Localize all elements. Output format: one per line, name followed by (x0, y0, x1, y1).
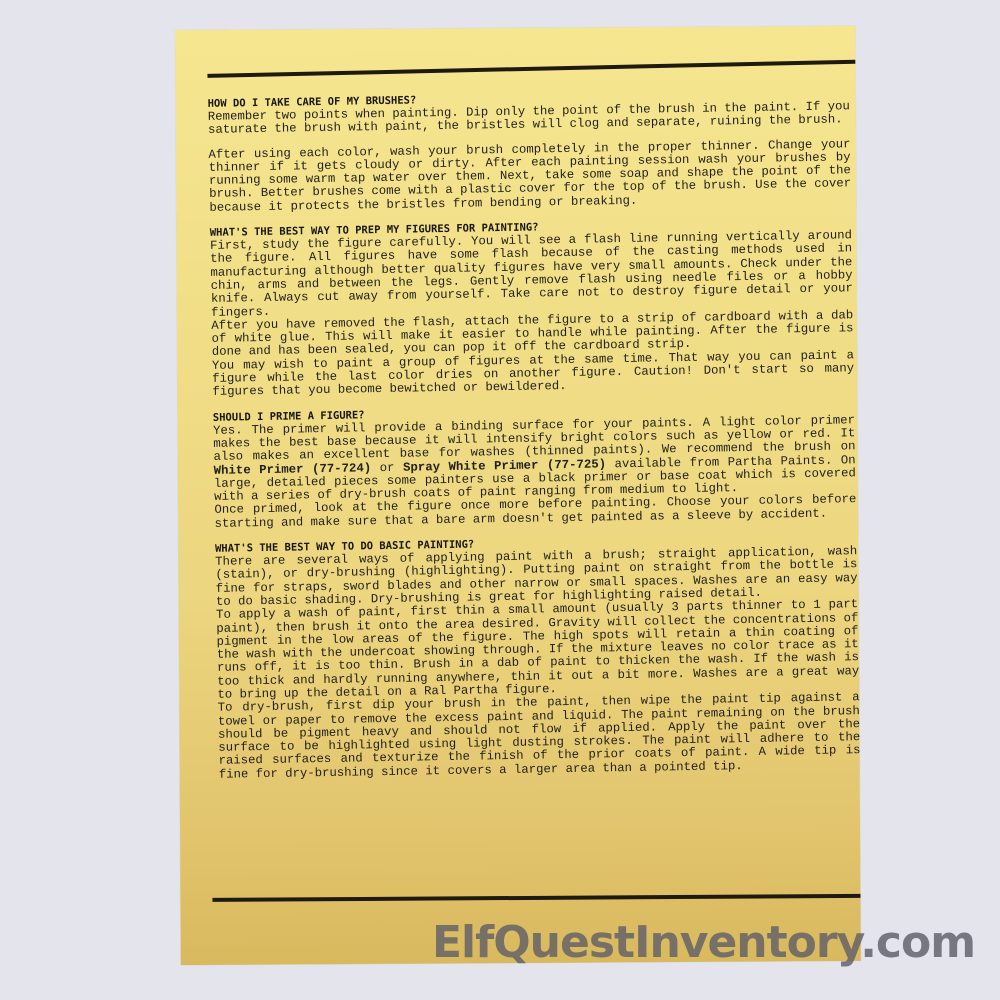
bottom-rule-divider (212, 894, 860, 902)
text-run: or (371, 460, 403, 475)
section-basic-painting: WHAT'S THE BEST WAY TO DO BASIC PAINTING… (215, 532, 861, 782)
document-body: HOW DO I TAKE CARE OF MY BRUSHES? Rememb… (208, 87, 861, 794)
paragraph: Yes. The primer will provide a binding s… (213, 414, 856, 504)
watermark-text: ElfQuestInventory.com (432, 913, 975, 973)
section-prep-figures: WHAT'S THE BEST WAY TO PREP MY FIGURES F… (210, 216, 855, 399)
paragraph: To dry-brush, first dip your brush in th… (218, 691, 861, 781)
paragraph: After using each color, wash your brush … (208, 138, 851, 215)
photo-stage: HOW DO I TAKE CARE OF MY BRUSHES? Rememb… (0, 0, 1000, 1000)
section-prime-figure: SHOULD I PRIME A FIGURE? Yes. The primer… (213, 401, 857, 531)
top-rule-divider (207, 60, 855, 78)
section-brush-care: HOW DO I TAKE CARE OF MY BRUSHES? Rememb… (208, 87, 852, 215)
paragraph: To apply a wash of paint, first thin a s… (216, 598, 859, 702)
paper-sheet: HOW DO I TAKE CARE OF MY BRUSHES? Rememb… (175, 26, 861, 965)
paragraph: You may wish to paint a group of figures… (212, 349, 855, 400)
paragraph: First, study the figure carefully. You w… (210, 229, 853, 319)
